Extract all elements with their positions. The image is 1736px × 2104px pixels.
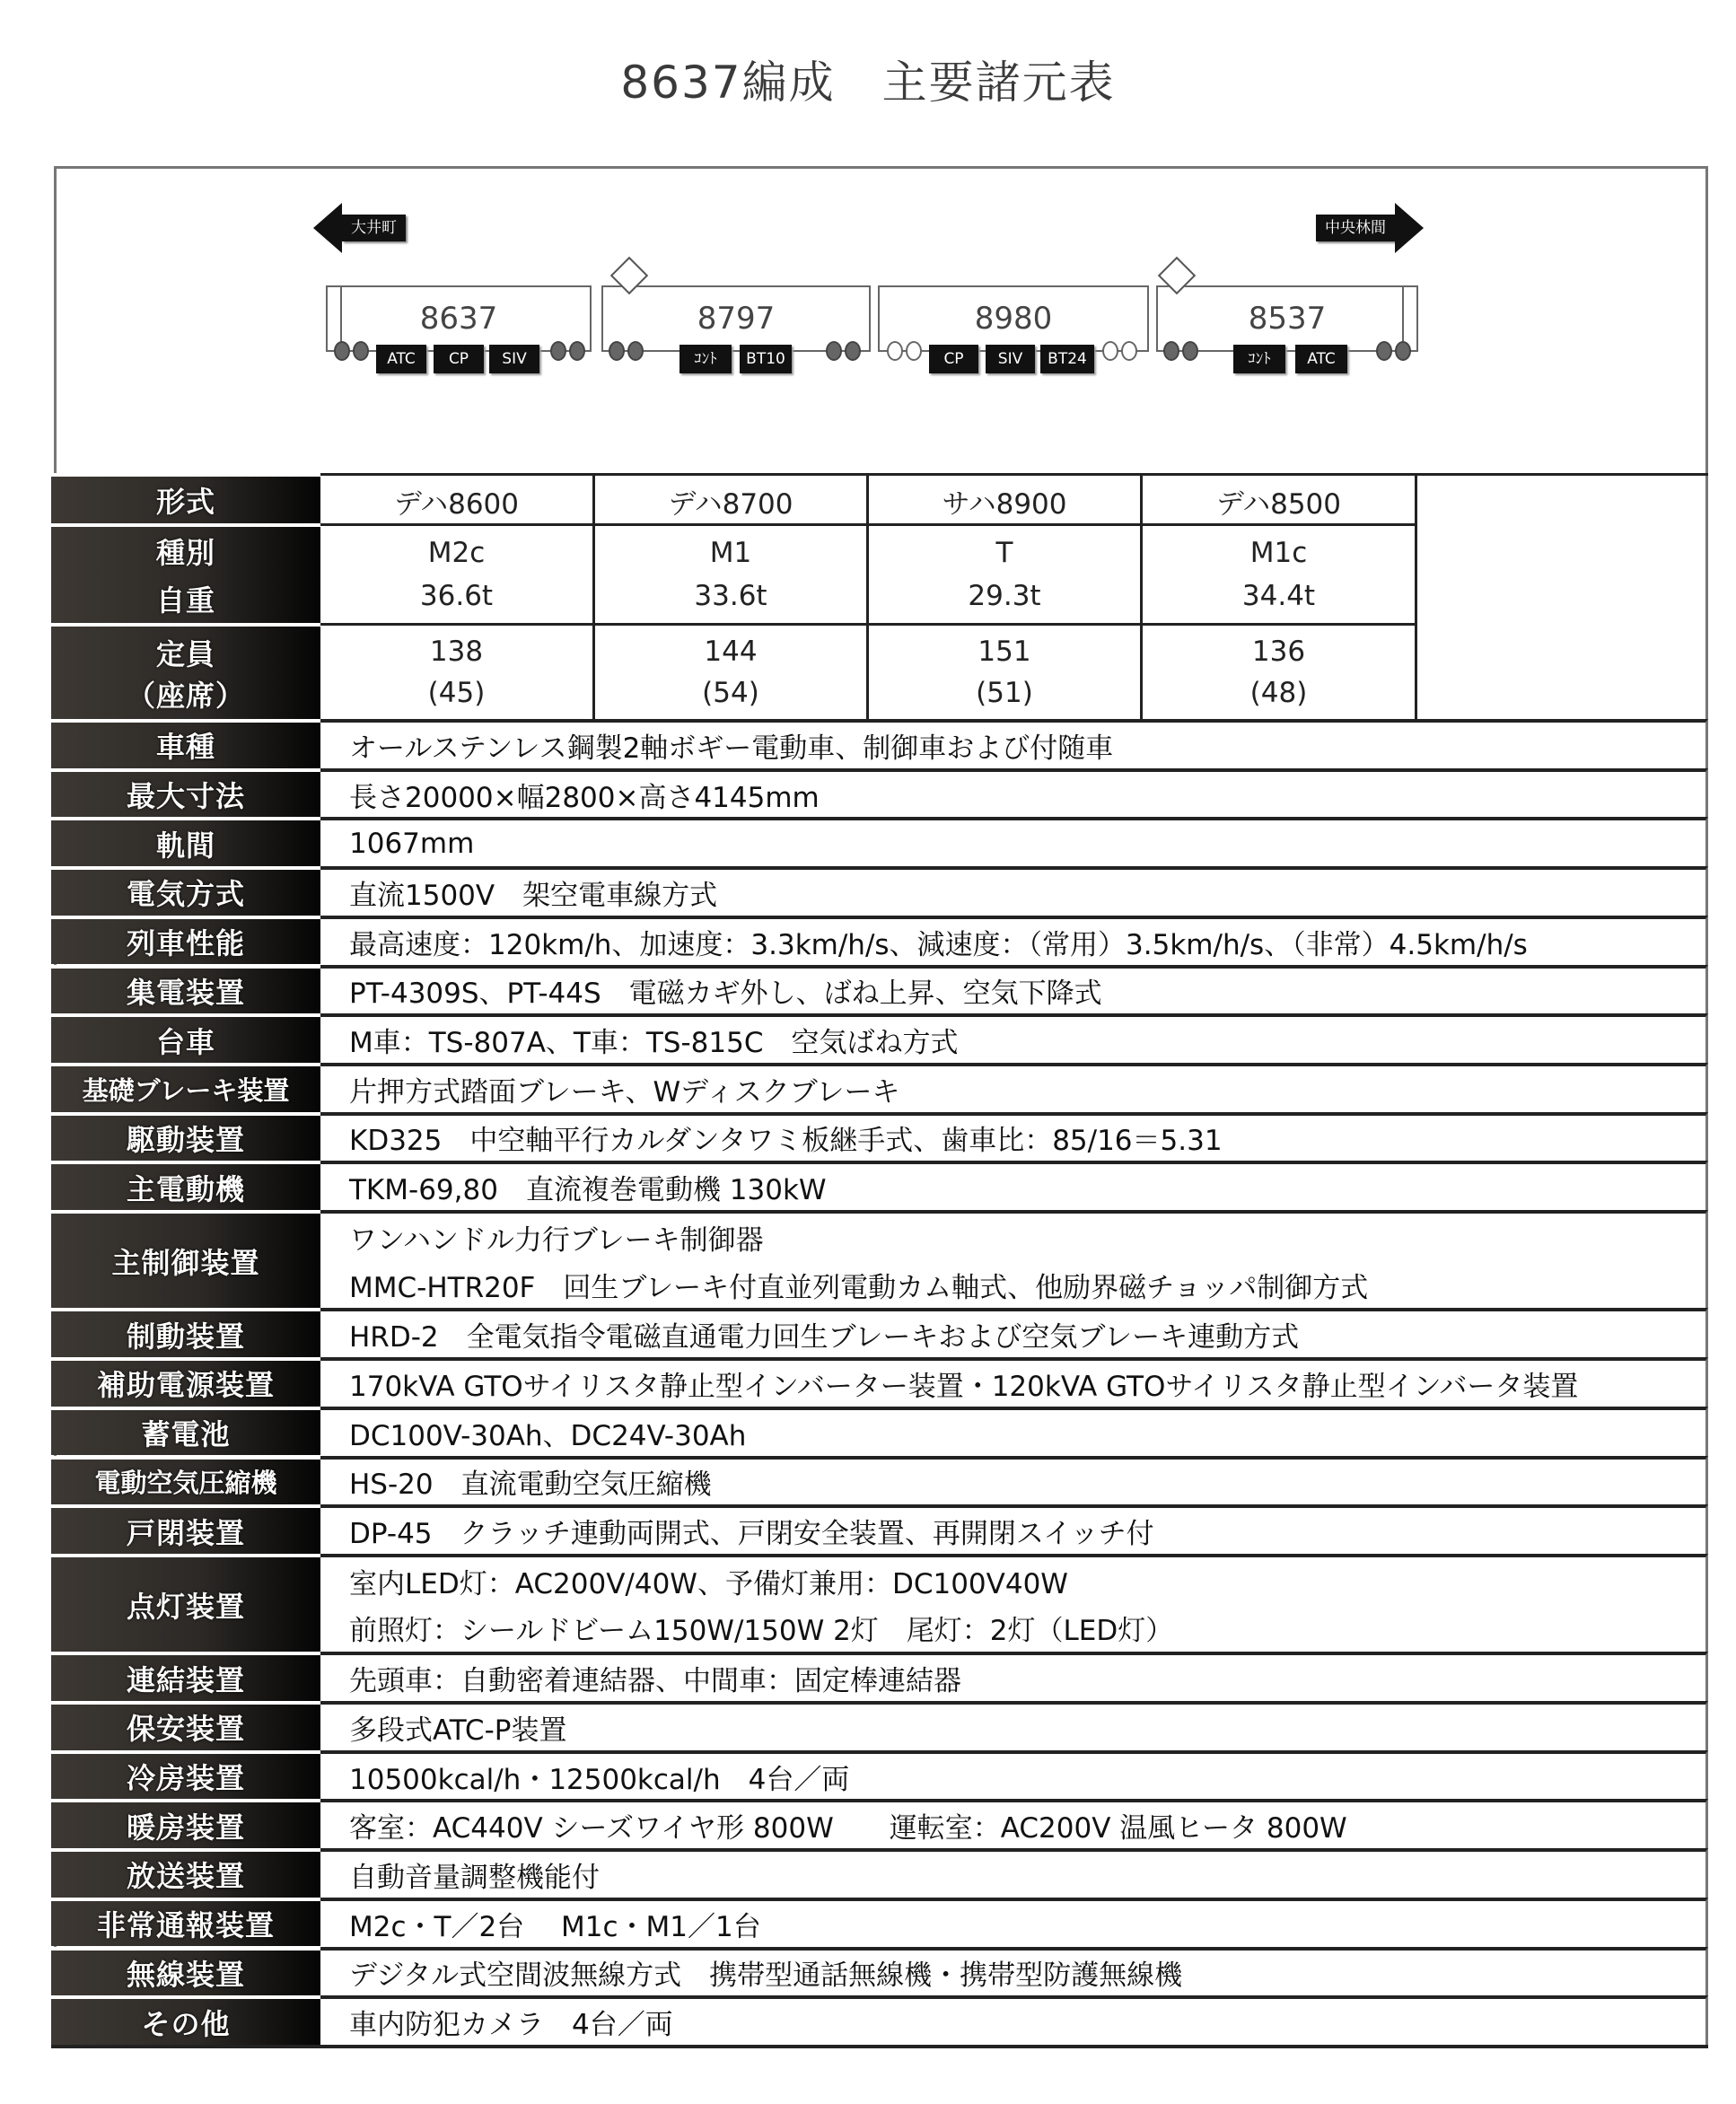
cell-type: サハ8900 (869, 473, 1143, 523)
spec-label: 制動装置 (51, 1308, 320, 1357)
spec-value: 長さ20000×幅2800×高さ4145mm (320, 768, 1708, 818)
spec-label-text: 無線装置 (127, 1952, 245, 1994)
page-title: 8637編成 主要諸元表 (0, 47, 1736, 111)
cell-text: (48) (1143, 677, 1415, 709)
spec-value-line: 170kVA GTOサイリスタ静止型インバーター装置・120kVA GTOサイリ… (349, 1363, 1705, 1404)
spec-value: HS-20 直流電動空気圧縮機 (320, 1456, 1708, 1505)
cell-type: デハ8500 (1143, 473, 1417, 523)
bogie-motor (609, 341, 644, 361)
cell-capacity: 138(45) (320, 623, 595, 719)
spec-value: HRD-2 全電気指令電磁直通電力回生ブレーキおよび空気ブレーキ連動方式 (320, 1308, 1708, 1357)
cell-text: 144 (595, 636, 866, 668)
spec-label: 最大寸法 (51, 768, 320, 818)
cell-text: M2c (320, 537, 592, 569)
motor-wheel-icon (609, 341, 625, 361)
direction-right-label: 中央林間 (1316, 215, 1395, 241)
spec-label: 無線装置 (51, 1947, 320, 1996)
cell-text: (51) (869, 677, 1140, 709)
spec-label: 電動空気圧縮機 (51, 1456, 320, 1505)
spec-value-line: DP-45 クラッチ連動両開式、戸閉安全装置、再開閉スイッチ付 (349, 1511, 1705, 1551)
equip-controller: ｺﾝﾄ (679, 345, 732, 373)
spec-label-text: 車種 (156, 724, 215, 766)
spec-value-line: 車内防犯カメラ 4台／両 (349, 2002, 1705, 2042)
cell-capacity: 151(51) (869, 623, 1143, 719)
spec-label-text: 台車 (156, 1020, 215, 1061)
cell-text: (45) (320, 677, 592, 709)
spec-value-line: DC100V-30Ah、DC24V-30Ah (349, 1413, 1705, 1453)
cell-class-weight: M133.6t (595, 523, 869, 623)
spec-label-text: 基礎ブレーキ装置 (83, 1071, 290, 1108)
bogie-motor (550, 341, 585, 361)
spec-label: 列車性能 (51, 916, 320, 965)
equip-atc: ATC (1295, 345, 1347, 373)
trailer-wheel-icon (1121, 341, 1137, 361)
cell-class-weight: M2c36.6t (320, 523, 595, 623)
spec-value: 多段式ATC-P装置 (320, 1701, 1708, 1750)
bogie-motor (826, 341, 861, 361)
direction-left: 大井町 (313, 205, 406, 251)
motor-wheel-icon (1376, 341, 1392, 361)
spec-label-text: 列車性能 (127, 921, 245, 962)
spec-value: 10500kcal/h・12500kcal/h 4台／両 (320, 1750, 1708, 1800)
spec-value-line: 先頭車：自動密着連結器、中間車：固定棒連結器 (349, 1658, 1705, 1698)
cell-text: 29.3t (869, 580, 1140, 612)
cell-text: M1 (595, 537, 866, 569)
spec-label-text: 集電装置 (127, 970, 245, 1012)
motor-wheel-icon (334, 341, 350, 361)
spec-label: 蓄電池 (51, 1407, 320, 1456)
spec-label: その他 (51, 1995, 320, 2045)
label-type: 形式 (51, 473, 320, 523)
arrow-right-icon (1395, 203, 1424, 253)
spec-value-line: KD325 中空軸平行カルダンタワミ板継手式、歯車比：85/16＝5.31 (349, 1118, 1705, 1158)
spec-value-line: 10500kcal/h・12500kcal/h 4台／両 (349, 1757, 1705, 1797)
spec-label-text: 主電動機 (127, 1167, 245, 1208)
equip-bt10: BT10 (740, 345, 792, 373)
direction-right: 中央林間 (1316, 205, 1424, 251)
spec-value: 直流1500V 架空電車線方式 (320, 866, 1708, 916)
spec-value-line: 客室：AC440V シーズワイヤ形 800W 運転室：AC200V 温風ヒータ … (349, 1805, 1705, 1845)
spec-label: 主電動機 (51, 1161, 320, 1210)
spec-value: M車：TS-807A、T車：TS-815C 空気ばね方式 (320, 1013, 1708, 1063)
spec-label: 基礎ブレーキ装置 (51, 1063, 320, 1112)
spec-value-line: TKM-69,80 直流複巻電動機 130kW (349, 1167, 1705, 1207)
empty-cell (1417, 473, 1708, 719)
spec-label-text: 電気方式 (127, 872, 245, 913)
spec-label: 駆動装置 (51, 1112, 320, 1162)
cell-capacity: 136(48) (1143, 623, 1417, 719)
cell-type: デハ8600 (320, 473, 595, 523)
bogie-motor (334, 341, 369, 361)
bogie-motor (1376, 341, 1411, 361)
spec-label: 台車 (51, 1013, 320, 1063)
spec-value-line: ワンハンドル力行ブレーキ制御器 (349, 1217, 1705, 1258)
spec-label: 連結装置 (51, 1652, 320, 1701)
direction-left-label: 大井町 (342, 215, 406, 241)
spec-label: 軌間 (51, 817, 320, 866)
cell-class-weight: M1c34.4t (1143, 523, 1417, 623)
spec-label: 冷房装置 (51, 1750, 320, 1800)
label-capacity: 定員 （座席） (51, 623, 320, 719)
spec-label: 集電装置 (51, 965, 320, 1014)
cell-type: デハ8700 (595, 473, 869, 523)
spec-value: 片押方式踏面ブレーキ、Wディスクブレーキ (320, 1063, 1708, 1112)
spec-label: 車種 (51, 719, 320, 768)
cell-class-weight: T29.3t (869, 523, 1143, 623)
spec-value-line: HRD-2 全電気指令電磁直通電力回生ブレーキおよび空気ブレーキ連動方式 (349, 1314, 1705, 1354)
spec-value-line: デジタル式空間波無線方式 携帯型通話無線機・携帯型防護無線機 (349, 1952, 1705, 1993)
spec-value-line: 室内LED灯：AC200V/40W、予備灯兼用：DC100V40W (349, 1561, 1705, 1601)
car-number: 8537 (1249, 301, 1327, 337)
motor-wheel-icon (1395, 341, 1411, 361)
label-class-weight: 種別 自重 (51, 523, 320, 623)
trailer-wheel-icon (906, 341, 922, 361)
spec-value: デジタル式空間波無線方式 携帯型通話無線機・携帯型防護無線機 (320, 1947, 1708, 1996)
cell-text: 138 (320, 636, 592, 668)
spec-label: 補助電源装置 (51, 1357, 320, 1407)
spec-value: 室内LED灯：AC200V/40W、予備灯兼用：DC100V40W前照灯：シール… (320, 1554, 1708, 1652)
spec-label: 非常通報装置 (51, 1898, 320, 1947)
spec-label-text: 電動空気圧縮機 (94, 1463, 276, 1500)
car-number: 8797 (697, 301, 776, 337)
spec-value-line: 長さ20000×幅2800×高さ4145mm (349, 775, 1705, 815)
label-text: 自重 (156, 578, 215, 619)
motor-wheel-icon (569, 341, 585, 361)
spec-value: 車内防犯カメラ 4台／両 (320, 1995, 1708, 2045)
spec-value: 自動音量調整機能付 (320, 1848, 1708, 1898)
spec-label-text: 点灯装置 (127, 1584, 245, 1626)
spec-value-line: オールステンレス鋼製2軸ボギー電動車、制御車および付随車 (349, 725, 1705, 766)
bogie-trailer (887, 341, 922, 361)
spec-value-line: 多段式ATC-P装置 (349, 1707, 1705, 1748)
spec-value-line: MMC-HTR20F 回生ブレーキ付直並列電動カム軸式、他励界磁チョッパ制御方式 (349, 1265, 1705, 1305)
spec-label-text: 駆動装置 (127, 1118, 245, 1159)
spec-label-text: 非常通報装置 (97, 1903, 275, 1944)
motor-wheel-icon (845, 341, 861, 361)
spec-value: TKM-69,80 直流複巻電動機 130kW (320, 1161, 1708, 1210)
spec-label: 電気方式 (51, 866, 320, 916)
spec-label-text: 軌間 (156, 823, 215, 864)
spec-value-line: 前照灯：シールドビーム150W/150W 2灯 尾灯：2灯（LED灯） (349, 1608, 1705, 1648)
car-number: 8637 (420, 301, 498, 337)
cell-text: M1c (1143, 537, 1415, 569)
cell-text: 33.6t (595, 580, 866, 612)
spec-value: オールステンレス鋼製2軸ボギー電動車、制御車および付随車 (320, 719, 1708, 768)
label-text: 種別 (156, 530, 215, 572)
spec-label-text: 保安装置 (127, 1706, 245, 1748)
label-text: 形式 (156, 479, 215, 521)
motor-wheel-icon (1163, 341, 1179, 361)
spec-value-line: M車：TS-807A、T車：TS-815C 空気ばね方式 (349, 1020, 1705, 1060)
table-bottom-border (51, 2045, 1708, 2048)
spec-label-text: 連結装置 (127, 1658, 245, 1699)
trailer-wheel-icon (887, 341, 903, 361)
label-text: 定員 (156, 632, 215, 673)
spec-value: 170kVA GTOサイリスタ静止型インバーター装置・120kVA GTOサイリ… (320, 1357, 1708, 1407)
motor-wheel-icon (1182, 341, 1198, 361)
cell-text: デハ8500 (1143, 481, 1415, 522)
motor-wheel-icon (550, 341, 566, 361)
cell-text: デハ8700 (595, 481, 866, 522)
cell-text: 136 (1143, 636, 1415, 668)
equip-siv: SIV (986, 345, 1035, 373)
spec-label: 戸閉装置 (51, 1504, 320, 1554)
spec-value: DP-45 クラッチ連動両開式、戸閉安全装置、再開閉スイッチ付 (320, 1504, 1708, 1554)
spec-value: M2c・T／2台 M1c・M1／1台 (320, 1898, 1708, 1947)
cell-text: (54) (595, 677, 866, 709)
spec-value: KD325 中空軸平行カルダンタワミ板継手式、歯車比：85/16＝5.31 (320, 1112, 1708, 1162)
spec-label-text: 暖房装置 (127, 1805, 245, 1846)
spec-label: 放送装置 (51, 1848, 320, 1898)
spec-value: ワンハンドル力行ブレーキ制御器MMC-HTR20F 回生ブレーキ付直並列電動カム… (320, 1210, 1708, 1308)
equip-cp: CP (434, 345, 484, 373)
spec-label-text: 主制御装置 (111, 1240, 259, 1282)
spec-value-line: 片押方式踏面ブレーキ、Wディスクブレーキ (349, 1069, 1705, 1109)
spec-label-text: 制動装置 (127, 1314, 245, 1355)
spec-label-text: 放送装置 (127, 1854, 245, 1895)
spec-value: 客室：AC440V シーズワイヤ形 800W 運転室：AC200V 温風ヒータ … (320, 1799, 1708, 1848)
cell-text: デハ8600 (320, 481, 592, 522)
equip-bt24: BT24 (1040, 345, 1094, 373)
spec-value: PT-4309S、PT-44S 電磁カギ外し、ばね上昇、空気下降式 (320, 965, 1708, 1014)
spec-value: 最高速度：120km/h、加速度：3.3km/h/s、減速度：（常用）3.5km… (320, 916, 1708, 965)
cell-text: 151 (869, 636, 1140, 668)
spec-label-text: 戸閉装置 (127, 1511, 245, 1552)
spec-value: 1067mm (320, 817, 1708, 866)
spec-label-text: 蓄電池 (141, 1412, 230, 1453)
spec-value-line: PT-4309S、PT-44S 電磁カギ外し、ばね上昇、空気下降式 (349, 970, 1705, 1011)
spec-label: 主制御装置 (51, 1210, 320, 1308)
spec-value-line: 最高速度：120km/h、加速度：3.3km/h/s、減速度：（常用）3.5km… (349, 922, 1705, 962)
motor-wheel-icon (627, 341, 644, 361)
spec-label-text: その他 (141, 2002, 230, 2043)
equip-atc: ATC (376, 345, 426, 373)
label-text: （座席） (127, 673, 245, 714)
spec-value-line: 1067mm (349, 828, 1705, 860)
spec-value-line: 自動音量調整機能付 (349, 1854, 1705, 1895)
car-number: 8980 (975, 301, 1053, 337)
cell-text: サハ8900 (869, 481, 1140, 522)
spec-label-text: 補助電源装置 (97, 1363, 275, 1404)
spec-value: 先頭車：自動密着連結器、中間車：固定棒連結器 (320, 1652, 1708, 1701)
spec-value: DC100V-30Ah、DC24V-30Ah (320, 1407, 1708, 1456)
spec-value-line: HS-20 直流電動空気圧縮機 (349, 1461, 1705, 1502)
equip-cp: CP (929, 345, 978, 373)
spec-label: 点灯装置 (51, 1554, 320, 1652)
cell-text: T (869, 537, 1140, 569)
equip-controller: ｺﾝﾄ (1233, 345, 1285, 373)
bogie-motor (1163, 341, 1198, 361)
trailer-wheel-icon (1102, 341, 1118, 361)
cell-text: 34.4t (1143, 580, 1415, 612)
motor-wheel-icon (353, 341, 369, 361)
cell-capacity: 144(54) (595, 623, 869, 719)
cell-text: 36.6t (320, 580, 592, 612)
spec-label: 保安装置 (51, 1701, 320, 1750)
spec-label: 暖房装置 (51, 1799, 320, 1848)
spec-value-line: 直流1500V 架空電車線方式 (349, 872, 1705, 913)
bogie-trailer (1102, 341, 1137, 361)
spec-label-text: 最大寸法 (127, 774, 245, 815)
motor-wheel-icon (826, 341, 842, 361)
spec-value-line: M2c・T／2台 M1c・M1／1台 (349, 1904, 1705, 1944)
equip-siv: SIV (489, 345, 539, 373)
arrow-left-icon (313, 203, 342, 253)
spec-label-text: 冷房装置 (127, 1756, 245, 1797)
